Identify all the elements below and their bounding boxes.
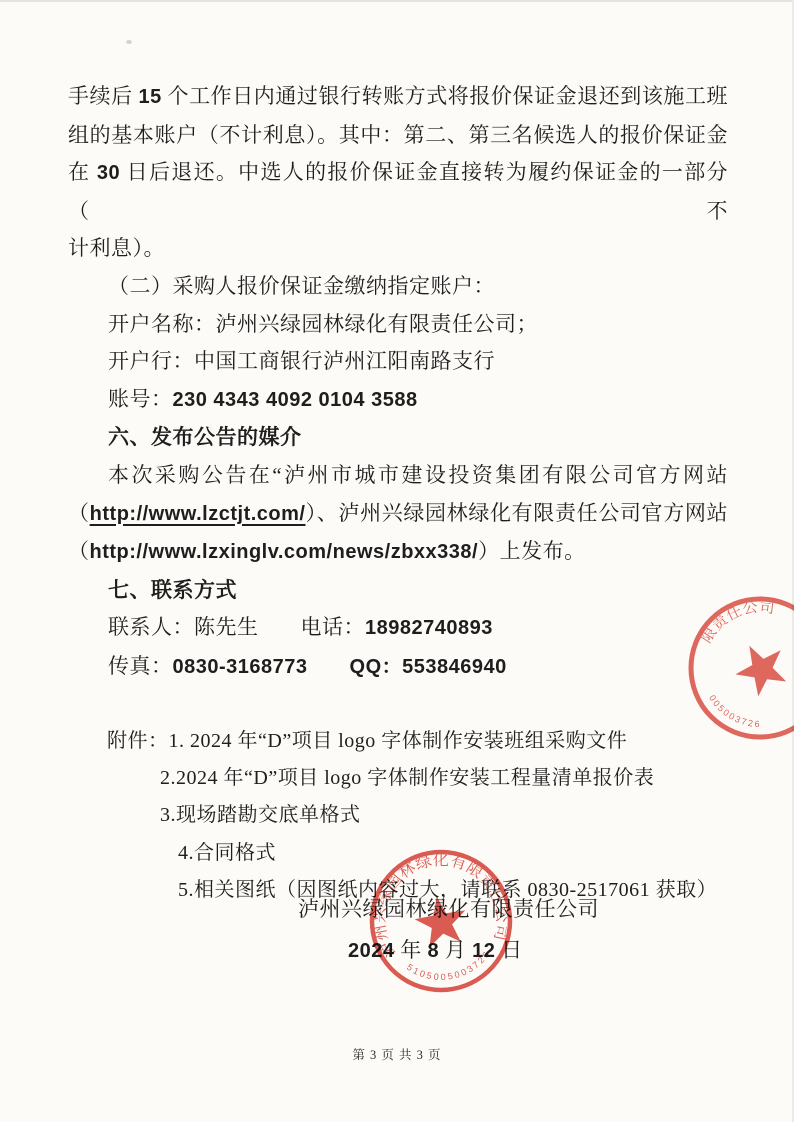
inline-text: 电话： xyxy=(301,615,366,639)
inline-text: （ xyxy=(68,501,90,525)
inline-number: 0830-3168773 xyxy=(173,656,308,678)
inline-text: 计利息）。 xyxy=(68,236,165,260)
inline-text: 附件：1. 2024 年“D”项目 logo 字体制作安装班组采购文件 xyxy=(107,730,627,752)
inline-text: 月 xyxy=(439,938,472,962)
inline-text: 组的基本账户（不计利息）。其中：第二、第三名候选人的报价保证金 xyxy=(68,123,728,147)
inline-text: 开户行：中国工商银行泸州江阳南路支行 xyxy=(108,349,495,373)
inline-number: 8 xyxy=(428,940,440,962)
document-body: 手续后 15 个工作日内通过银行转账方式将报价保证金退还到该施工班组的基本账户（… xyxy=(0,0,794,910)
signature-date: 2024 年 8 月 12 日 xyxy=(348,934,523,964)
inline-text: 年 xyxy=(395,938,428,962)
account-number-line: 账号：230 4343 4092 0104 3588 xyxy=(68,381,728,420)
section-seven-heading: 七、联系方式 xyxy=(68,572,728,610)
bank-branch-line: 开户行：中国工商银行泸州江阳南路支行 xyxy=(68,343,728,381)
attachment-line-4: 4.合同格式 xyxy=(68,835,728,872)
deposit-account-heading-line: （二）采购人报价保证金缴纳指定账户： xyxy=(68,268,728,306)
inline-text: 4.合同格式 xyxy=(178,842,276,864)
attachment-line-1: 附件：1. 2024 年“D”项目 logo 字体制作安装班组采购文件 xyxy=(68,723,728,760)
inline-number: 30 xyxy=(97,162,120,184)
inline-number: 230 4343 4092 0104 3588 xyxy=(173,389,418,411)
refund-terms-line-2: 组的基本账户（不计利息）。其中：第二、第三名候选人的报价保证金 xyxy=(68,117,728,155)
inline-text: 日后退还。中选人的报价保证金直接转为履约保证金的一部分（不 xyxy=(68,160,728,223)
inline-number: 553846940 xyxy=(402,656,507,678)
inline-number: 2024 xyxy=(348,940,395,962)
refund-terms-line-4: 计利息）。 xyxy=(68,230,728,268)
inline-number: QQ： xyxy=(350,656,403,678)
inline-text: 传真： xyxy=(108,654,173,678)
inline-number: 12 xyxy=(472,940,495,962)
inline-text: 在 xyxy=(68,160,97,184)
refund-terms-line-1: 手续后 15 个工作日内通过银行转账方式将报价保证金退还到该施工班 xyxy=(68,78,728,117)
publish-media-line-1: 本次采购公告在“泸州市城市建设投资集团有限公司官方网站 xyxy=(68,457,728,495)
lzxinglv-url-text: http://www.lzxinglv.com/news/zbxx338/ xyxy=(90,541,479,563)
contact-person-line: 联系人：陈先生电话：18982740893 xyxy=(68,609,728,648)
publish-media-line-3: （http://www.lzxinglv.com/news/zbxx338/）上… xyxy=(68,533,728,572)
inline-text: 个工作日内通过银行转账方式将报价保证金退还到该施工班 xyxy=(162,84,728,108)
inline-number: 18982740893 xyxy=(365,617,493,639)
attachment-line-2: 2.2024 年“D”项目 logo 字体制作安装工程量清单报价表 xyxy=(68,760,728,797)
inline-text: 联系人：陈先生 xyxy=(108,615,259,639)
page-number-footer: 第 3 页 共 3 页 xyxy=(0,1045,794,1063)
inline-text: ）上发布。 xyxy=(478,539,586,563)
inline-text: 2.2024 年“D”项目 logo 字体制作安装工程量清单报价表 xyxy=(160,767,654,789)
inline-number: 15 xyxy=(138,86,161,108)
account-name-line: 开户名称：泸州兴绿园林绿化有限责任公司； xyxy=(68,306,728,344)
document-page: 手续后 15 个工作日内通过银行转账方式将报价保证金退还到该施工班组的基本账户（… xyxy=(0,0,794,1122)
lzctjt-url-link[interactable]: http://www.lzctjt.com/ xyxy=(90,503,306,525)
inline-text: 账号： xyxy=(108,387,173,411)
refund-terms-line-3: 在 30 日后退还。中选人的报价保证金直接转为履约保证金的一部分（不 xyxy=(68,154,728,230)
inline-text: 六、发布公告的媒介 xyxy=(108,425,302,449)
section-six-heading: 六、发布公告的媒介 xyxy=(68,419,728,457)
attachment-line-3: 3.现场踏勘交底单格式 xyxy=(68,797,728,834)
inline-text: 本次采购公告在“泸州市城市建设投资集团有限公司官方网站 xyxy=(108,463,728,487)
inline-text: 手续后 xyxy=(68,84,138,108)
publish-media-line-2: （http://www.lzctjt.com/）、泸州兴绿园林绿化有限责任公司官… xyxy=(68,495,728,534)
inline-text: ）、泸州兴绿园林绿化有限责任公司官方网站 xyxy=(305,501,728,525)
inline-text: （二）采购人报价保证金缴纳指定账户： xyxy=(108,274,495,298)
inline-text: （ xyxy=(68,539,90,563)
fax-qq-line: 传真：0830-3168773QQ：553846940 xyxy=(68,648,728,687)
inline-text: 3.现场踏勘交底单格式 xyxy=(160,804,361,826)
inline-text: 开户名称：泸州兴绿园林绿化有限责任公司； xyxy=(108,312,538,336)
inline-text: 日 xyxy=(495,938,522,962)
signature-company-name: 泸州兴绿园林绿化有限责任公司 xyxy=(298,893,599,923)
inline-text: 七、联系方式 xyxy=(108,578,237,602)
